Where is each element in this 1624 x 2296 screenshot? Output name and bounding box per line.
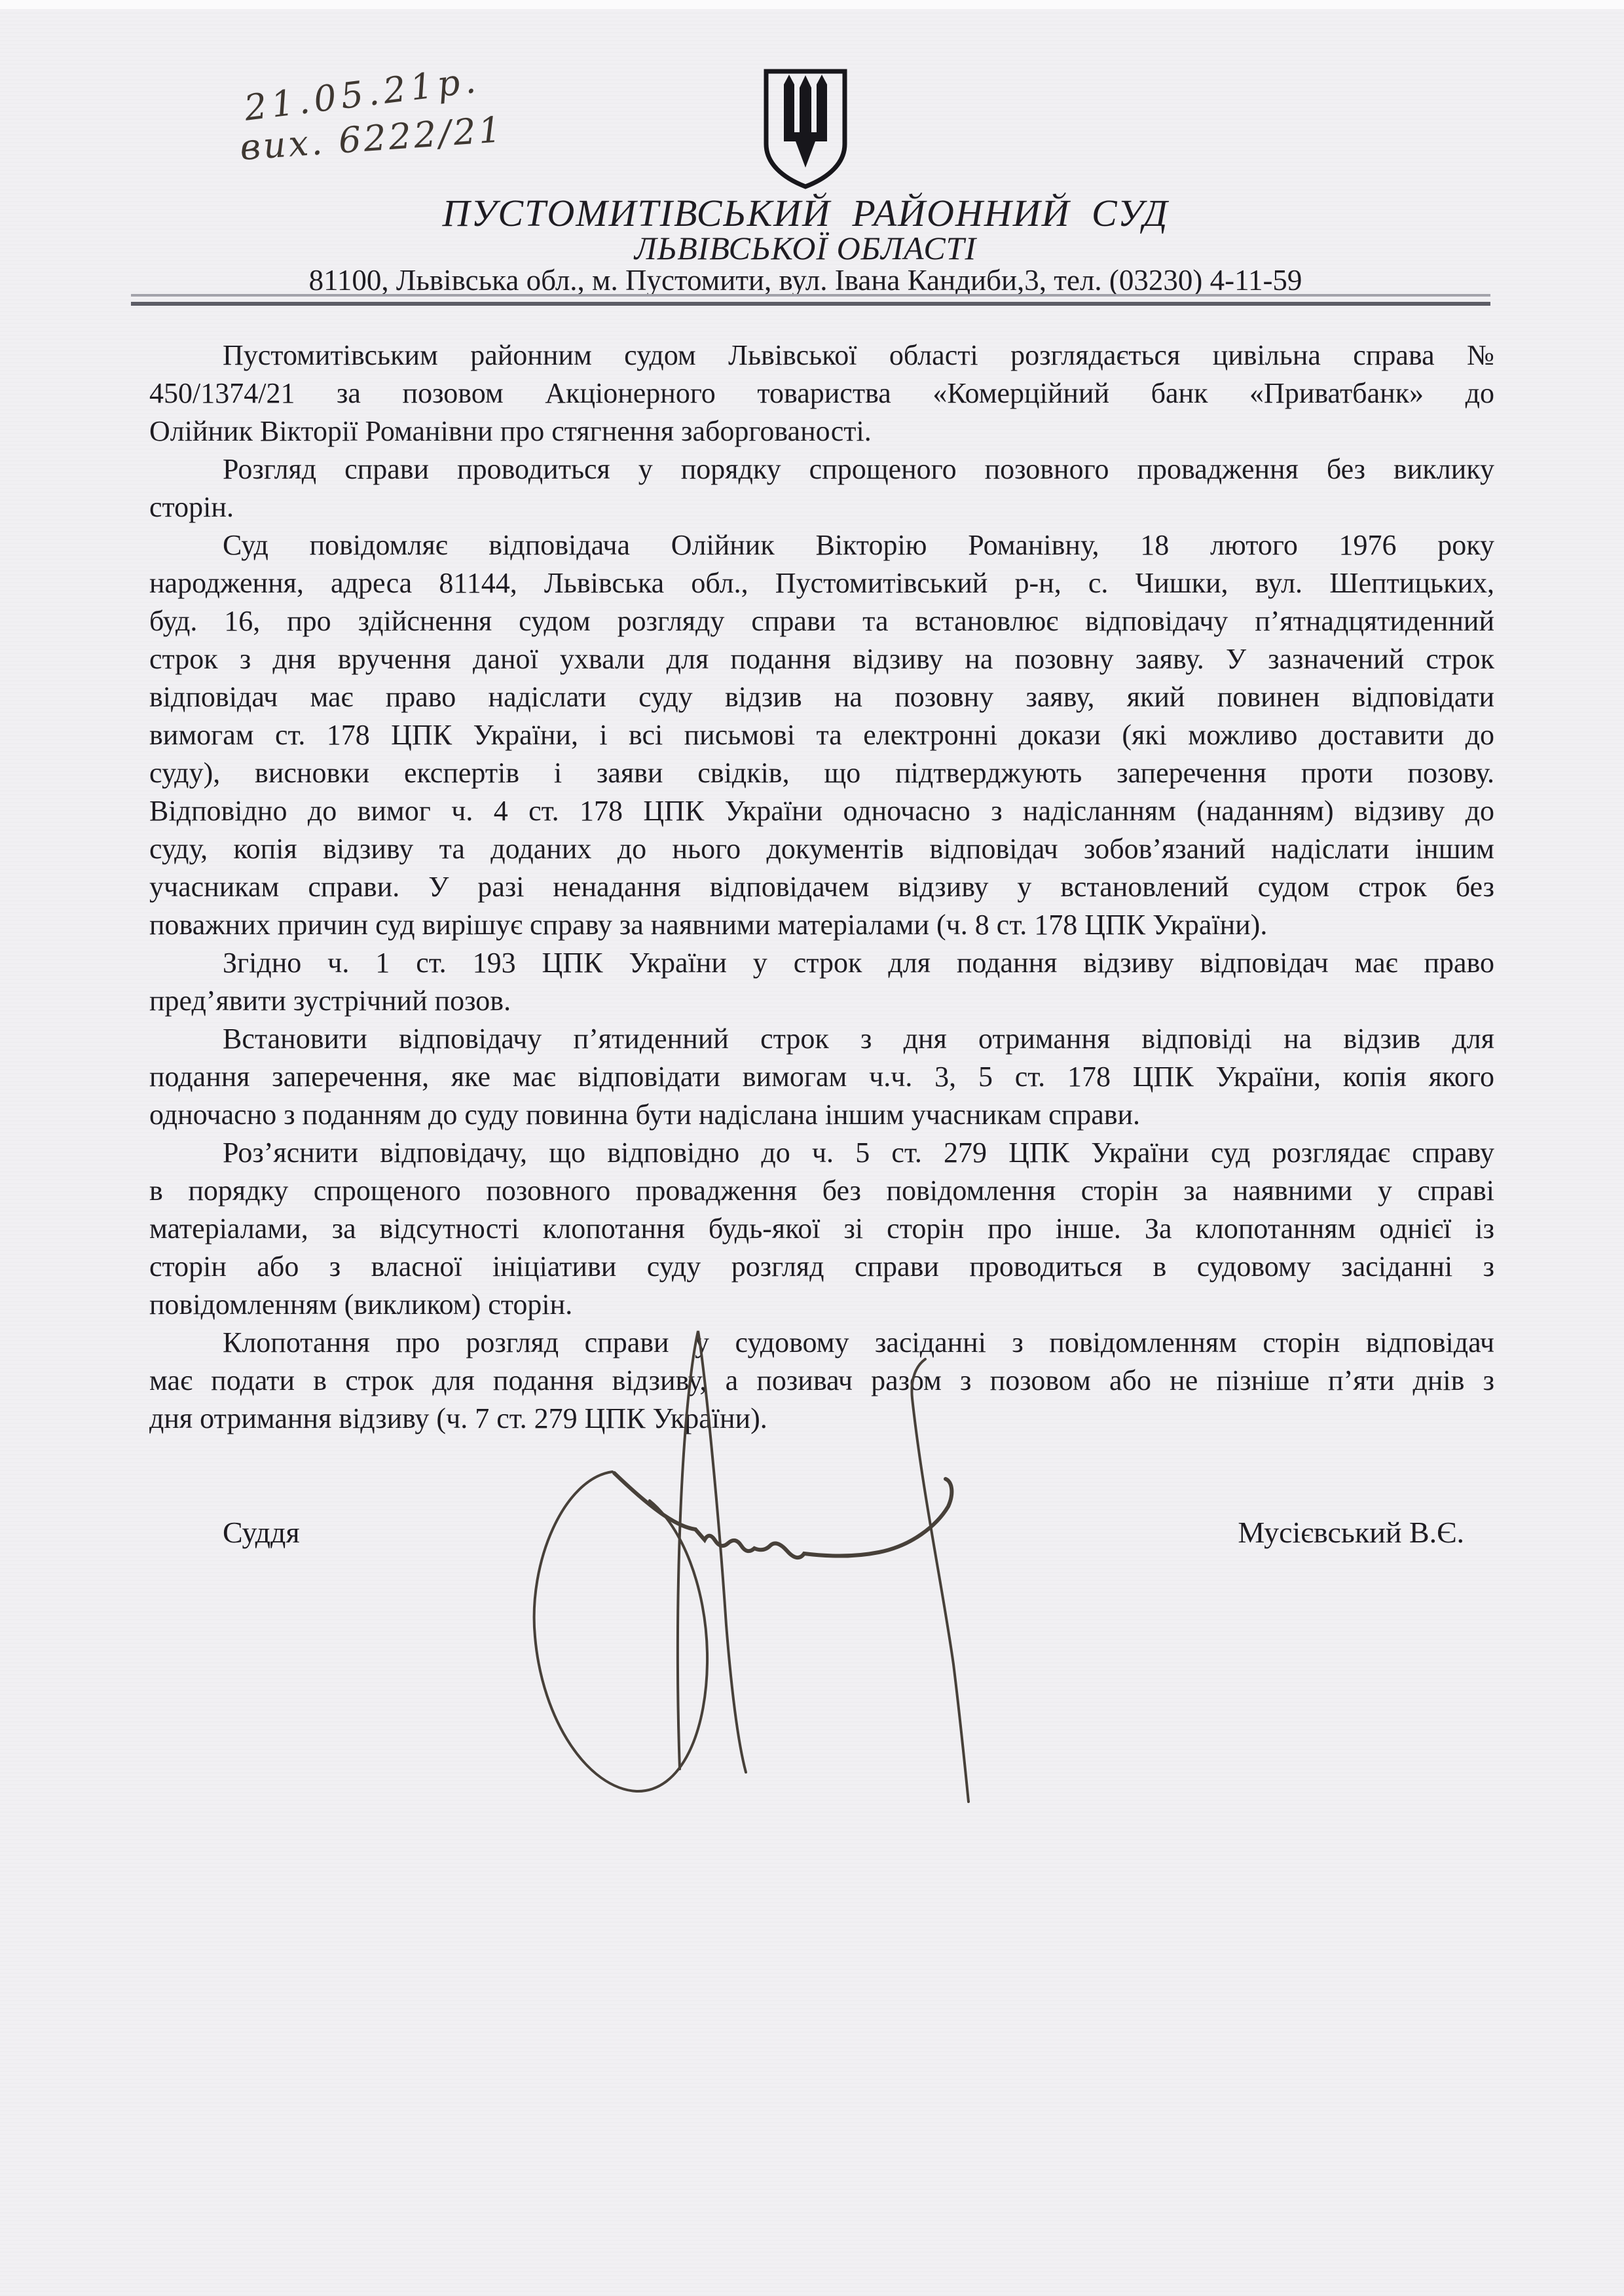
body-line: сторін або з власної ініціативи суду роз… xyxy=(149,1248,1494,1286)
body-line: строк з дня вручення даної ухвали для по… xyxy=(149,640,1494,678)
body-line: відповідач має право надіслати суду відз… xyxy=(149,678,1494,716)
court-region: ЛЬВІВСЬКОЇ ОБЛАСТІ xyxy=(111,229,1500,267)
body-line: поважних причин суд вирішує справу за на… xyxy=(149,906,1494,944)
document-body: Пустомитівським районним судом Львівсько… xyxy=(149,337,1494,1438)
body-line: Відповідно до вимог ч. 4 ст. 178 ЦПК Укр… xyxy=(149,792,1494,830)
body-line: Пустомитівським районним судом Львівсько… xyxy=(149,337,1494,374)
body-line: Встановити відповідачу п’ятиденний строк… xyxy=(149,1020,1494,1058)
body-line: вимогам ст. 178 ЦПК України, і всі письм… xyxy=(149,716,1494,754)
header-divider-rule xyxy=(131,294,1490,306)
body-line: Суд повідомляє відповідача Олійник Вікто… xyxy=(149,526,1494,564)
body-line: пред’явити зустрічний позов. xyxy=(149,982,1494,1020)
judge-signature-scrawl xyxy=(498,1303,995,1827)
body-line: в порядку спрощеного позовного проваджен… xyxy=(149,1172,1494,1210)
coat-of-arms xyxy=(760,67,851,194)
body-line: сторін. xyxy=(149,488,1494,526)
judge-label: Суддя xyxy=(223,1515,300,1550)
body-line: одночасно з поданням до суду повинна бут… xyxy=(149,1096,1494,1134)
body-line: подання заперечення, яке має відповідати… xyxy=(149,1058,1494,1096)
body-line: матеріалами, за відсутності клопотання б… xyxy=(149,1210,1494,1248)
court-address: 81100, Львівська обл., м. Пустомити, вул… xyxy=(111,263,1500,297)
ukraine-trident-icon xyxy=(760,67,851,191)
body-line: Роз’яснити відповідачу, що відповідно до… xyxy=(149,1134,1494,1172)
court-name: ПУСТОМИТІВСЬКИЙ РАЙОННИЙ СУД xyxy=(111,191,1500,235)
document-page: 21.05.21р. вих. 6222/21 ПУСТОМИТІВСЬКИЙ … xyxy=(0,0,1624,2296)
body-line: народження, адреса 81144, Львівська обл.… xyxy=(149,564,1494,602)
scan-edge-artifact xyxy=(0,0,1624,9)
body-line: Розгляд справи проводиться у порядку спр… xyxy=(149,450,1494,488)
body-line: учасникам справи. У разі ненадання відпо… xyxy=(149,868,1494,906)
judge-name: Мусієвський В.Є. xyxy=(1238,1515,1464,1550)
body-line: суду, копія відзиву та доданих до нього … xyxy=(149,830,1494,868)
body-line: Олійник Вікторії Романівни про стягнення… xyxy=(149,412,1494,450)
body-line: буд. 16, про здійснення судом розгляду с… xyxy=(149,602,1494,640)
body-line: Згідно ч. 1 ст. 193 ЦПК України у строк … xyxy=(149,944,1494,982)
body-line: суду), висновки експертів і заяви свідкі… xyxy=(149,754,1494,792)
body-line: 450/1374/21 за позовом Акціонерного това… xyxy=(149,374,1494,412)
